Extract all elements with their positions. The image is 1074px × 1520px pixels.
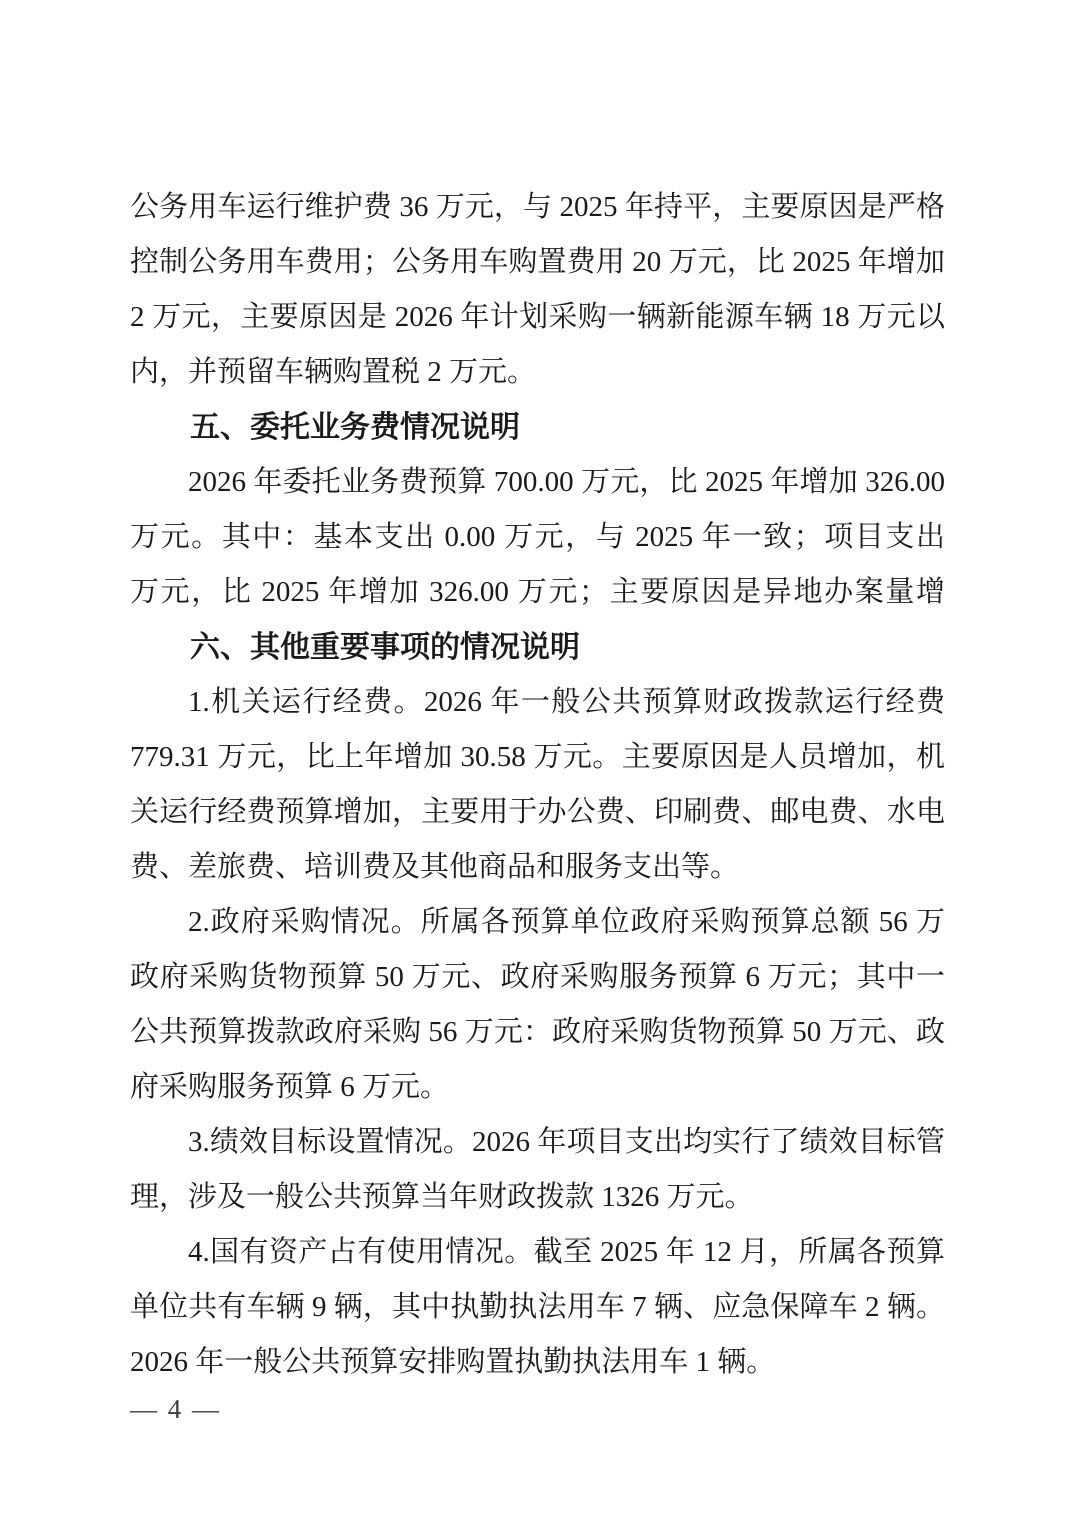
paragraph-line: 2 万元，主要原因是 2026 年计划采购一辆新能源车辆 18 万元以 <box>130 290 945 345</box>
paragraph-line: 府采购服务预算 6 万元。 <box>130 1060 945 1115</box>
paragraph-line: 2.政府采购情况。所属各预算单位政府采购预算总额 56 万元： <box>130 895 945 950</box>
section-heading: 六、其他重要事项的情况说明 <box>130 620 945 675</box>
section-heading: 五、委托业务费情况说明 <box>130 400 945 455</box>
document-body: 公务用车运行维护费 36 万元，与 2025 年持平，主要原因是严格控制公务用车… <box>130 180 945 1390</box>
paragraph-line: 理，涉及一般公共预算当年财政拨款 1326 万元。 <box>130 1170 945 1225</box>
paragraph-line: 公务用车运行维护费 36 万元，与 2025 年持平，主要原因是严格 <box>130 180 945 235</box>
paragraph-line: 1.机关运行经费。2026 年一般公共预算财政拨款运行经费 <box>130 675 945 730</box>
document-page: 公务用车运行维护费 36 万元，与 2025 年持平，主要原因是严格控制公务用车… <box>0 0 1074 1520</box>
paragraph-line: 公共预算拨款政府采购 56 万元：政府采购货物预算 50 万元、政 <box>130 1005 945 1060</box>
paragraph-line: 控制公务用车费用；公务用车购置费用 20 万元，比 2025 年增加 <box>130 235 945 290</box>
paragraph-line: 单位共有车辆 9 辆，其中执勤执法用车 7 辆、应急保障车 2 辆。 <box>130 1280 945 1335</box>
paragraph-line: 2026 年一般公共预算安排购置执勤执法用车 1 辆。 <box>130 1335 945 1390</box>
paragraph-line: 3.绩效目标设置情况。2026 年项目支出均实行了绩效目标管 <box>130 1115 945 1170</box>
paragraph-line: 关运行经费预算增加，主要用于办公费、印刷费、邮电费、水电 <box>130 785 945 840</box>
paragraph-line: 779.31 万元，比上年增加 30.58 万元。主要原因是人员增加，机 <box>130 730 945 785</box>
paragraph-line: 2026 年委托业务费预算 700.00 万元，比 2025 年增加 326.0… <box>130 455 945 510</box>
paragraph-line: 内，并预留车辆购置税 2 万元。 <box>130 345 945 400</box>
paragraph-line: 万元，比 2025 年增加 326.00 万元；主要原因是异地办案量增加。 <box>130 565 945 620</box>
page-number: — 4 — <box>130 1394 221 1424</box>
paragraph-line: 4.国有资产占有使用情况。截至 2025 年 12 月，所属各预算 <box>130 1225 945 1280</box>
paragraph-line: 万元。其中：基本支出 0.00 万元，与 2025 年一致；项目支出 700.0… <box>130 510 945 565</box>
paragraph-line: 政府采购货物预算 50 万元、政府采购服务预算 6 万元；其中一般 <box>130 950 945 1005</box>
paragraph-line: 费、差旅费、培训费及其他商品和服务支出等。 <box>130 840 945 895</box>
page-footer: — 4 — <box>130 1392 221 1426</box>
